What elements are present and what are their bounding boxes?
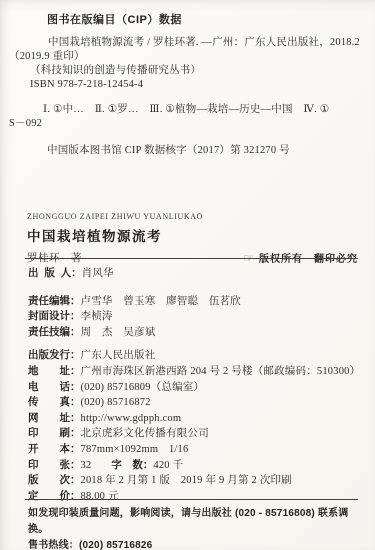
colophon-label-wordcount: 字 数： <box>111 459 153 471</box>
colophon-block: 出 版 人：肖风华 责任编辑：卢雪华 曾玉寒 廖智聪 伍茗欣 封面设计：李桢涛 … <box>28 266 361 504</box>
colophon-value: 李桢涛 <box>81 311 113 322</box>
sales-hotline: 售书热线：(020) 85716826 <box>28 538 361 550</box>
colophon-value: (020) 85716809（总编室） <box>81 382 205 393</box>
colophon-label: 责任编辑： <box>28 295 81 307</box>
colophon-label: 网 址： <box>28 412 81 424</box>
cip-classification-line1: Ⅰ. ①中… Ⅱ. ①罗… Ⅲ. ①植物—栽培—历史—中国 Ⅳ. ① <box>43 103 367 117</box>
colophon-value: (020) 85716872 <box>81 397 151 408</box>
colophon-row-address: 地 址：广州市海珠区新港西路 204 号 2 号楼（邮政编码：510300） <box>28 364 361 380</box>
footer-block: 如发现印装质量问题，影响阅读，请与出版社 (020 - 85716808) 联系… <box>28 506 361 550</box>
colophon-row-format: 开 本：787mm×1092mm 1/16 <box>28 442 361 458</box>
cip-data-block: 图书在版编目（CIP）数据 中国栽培植物源流考 / 罗桂环著. —广州：广东人民… <box>9 11 367 158</box>
colophon-label: 版 次： <box>28 474 81 486</box>
colophon-row-editors: 责任编辑：卢雪华 曾玉寒 廖智聪 伍茗欣 <box>28 294 361 310</box>
colophon-row-fax: 传 真：(020) 85716872 <box>28 395 361 411</box>
colophon-row-publisher: 出版发行：广东人民出版社 <box>28 348 361 364</box>
colophon-value: 广东人民出版社 <box>81 350 156 361</box>
colophon-label: 封面设计： <box>28 310 81 322</box>
colophon-value: 32 <box>81 460 92 471</box>
divider-top <box>25 258 358 259</box>
colophon-row-publisher-person: 出 版 人：肖风华 <box>28 266 361 282</box>
colophon-row-website: 网 址：http://www.gdpph.com <box>28 411 361 427</box>
colophon-label: 传 真： <box>28 396 81 408</box>
cip-classification-line2: S－092 <box>9 117 367 131</box>
colophon-label: 电 话： <box>28 381 81 393</box>
colophon-label: 出版发行： <box>28 349 81 361</box>
colophon-value: 肖风华 <box>82 268 114 279</box>
cip-series-line: （科技知识的创造与传播研究丛书） <box>30 64 367 78</box>
colophon-label: 印 张： <box>28 459 81 471</box>
colophon-value: 广州市海珠区新港西路 204 号 2 号楼（邮政编码：510300） <box>81 366 361 377</box>
divider-bottom <box>25 499 358 500</box>
cip-record-number-line: 中国版本图书馆 CIP 数据核字（2017）第 321270 号 <box>47 144 367 158</box>
title-pinyin: ZHONGGUO ZAIPEI ZHIWU YUANLIUKAO <box>27 212 358 222</box>
cip-entry-line2: （2019.9 重印） <box>9 50 367 64</box>
colophon-label: 印 刷： <box>28 427 81 439</box>
colophon-label: 出 版 人： <box>28 267 82 279</box>
colophon-value: 周 杰 吴彦斌 <box>81 327 156 338</box>
colophon-label: 地 址： <box>28 365 81 377</box>
colophon-row-cover-design: 封面设计：李桢涛 <box>28 309 361 325</box>
colophon-value: 787mm×1092mm 1/16 <box>81 444 189 455</box>
colophon-row-phone: 电 话：(020) 85716809（总编室） <box>28 380 361 396</box>
colophon-value: 卢雪华 曾玉寒 廖智聪 伍茗欣 <box>81 296 242 307</box>
colophon-row-price: 定 价：88.00 元 <box>28 489 361 505</box>
colophon-label: 责任技编： <box>28 326 81 338</box>
colophon-value: 2018 年 2 月第 1 版 2019 年 9 月第 2 次印刷 <box>81 475 292 486</box>
colophon-url: http://www.gdpph.com <box>81 413 182 424</box>
book-copyright-page: { "colors": { "paper": "#fbfaf7", "ink":… <box>0 0 375 550</box>
colophon-row-edition: 版 次：2018 年 2 月第 1 版 2019 年 9 月第 2 次印刷 <box>28 473 361 489</box>
quality-notice: 如发现印装质量问题，影响阅读，请与出版社 (020 - 85716808) 联系… <box>28 506 361 538</box>
book-title: 中国栽培植物源流考 <box>27 225 358 245</box>
cip-isbn-line: ISBN 978-7-218-12454-4 <box>30 78 367 92</box>
colophon-label: 开 本： <box>28 443 81 455</box>
colophon-row-printer: 印 刷：北京虎彩文化传播有限公司 <box>28 426 361 442</box>
colophon-value-wordcount: 420 千 <box>153 460 183 471</box>
cip-heading: 图书在版编目（CIP）数据 <box>47 11 367 27</box>
cip-entry-line1: 中国栽培植物源流考 / 罗桂环著. —广州：广东人民出版社，2018.2 <box>48 36 367 50</box>
colophon-row-sheets-wordcount: 印 张：32字 数：420 千 <box>28 458 361 474</box>
colophon-value: 北京虎彩文化传播有限公司 <box>81 428 209 439</box>
colophon-row-technical-editors: 责任技编：周 杰 吴彦斌 <box>28 325 361 341</box>
